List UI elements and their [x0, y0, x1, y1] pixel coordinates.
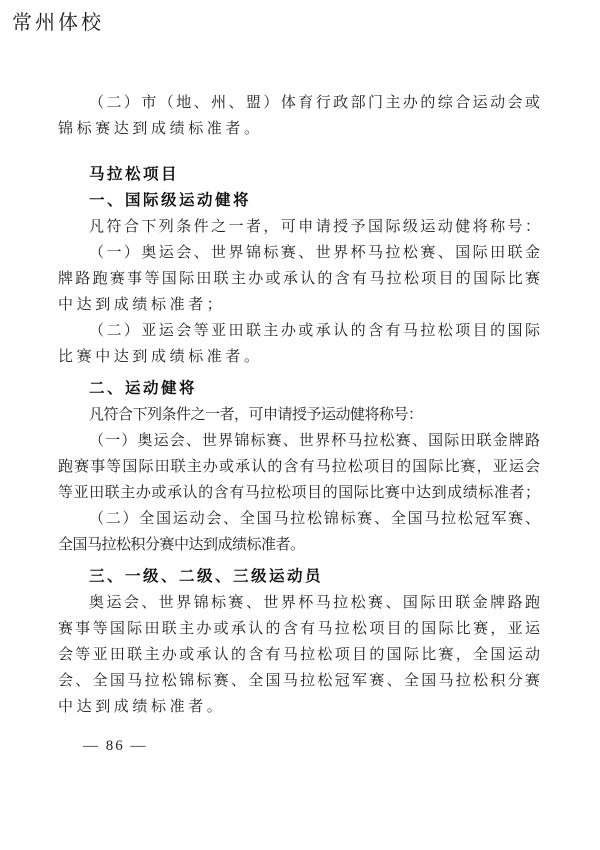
body-text-line: 跑赛事等国际田联主办或承认的含有马拉松项目的国际比赛，亚运会: [58, 454, 540, 480]
body-text-line: （二）全国运动会、全国马拉松锦标赛、全国马拉松冠军赛、: [58, 506, 540, 532]
body-text-line: 锦标赛达到成绩标准者。: [58, 116, 540, 142]
section-heading: 马拉松项目: [58, 162, 540, 188]
watermark-label: 常州体校: [12, 6, 104, 35]
body-text-line: （一）奥运会、世界锦标赛、世界杯马拉松赛、国际田联金: [58, 240, 540, 266]
body-text-line: 中达到成绩标准者。: [58, 694, 540, 720]
document-content: （二）市（地、州、盟）体育行政部门主办的综合运动会或 锦标赛达到成绩标准者。 马…: [58, 90, 540, 720]
body-text-line: 牌路跑赛事等国际田联主办或承认的含有马拉松项目的国际比赛: [58, 266, 540, 292]
body-text-line: 中达到成绩标准者；: [58, 292, 540, 318]
body-text-line: 全国马拉松积分赛中达到成绩标准者。: [58, 532, 540, 558]
page-number: — 86 —: [83, 738, 148, 755]
body-text-line: （二）亚运会等亚田联主办或承认的含有马拉松项目的国际: [58, 318, 540, 344]
body-text-line: 凡符合下列条件之一者，可申请授予运动健将称号：: [58, 402, 540, 428]
section-heading: 三、一级、二级、三级运动员: [58, 564, 540, 590]
section-heading: 二、运动健将: [58, 376, 540, 402]
body-text-line: （二）市（地、州、盟）体育行政部门主办的综合运动会或: [58, 90, 540, 116]
body-text-line: 比赛中达到成绩标准者。: [58, 344, 540, 370]
body-text-line: 会等亚田联主办或承认的含有马拉松项目的国际比赛，全国运动: [58, 642, 540, 668]
body-text-line: 赛事等国际田联主办或承认的含有马拉松项目的国际比赛，亚运: [58, 616, 540, 642]
body-text-line: 奥运会、世界锦标赛、世界杯马拉松赛、国际田联金牌路跑: [58, 590, 540, 616]
section-heading: 一、国际级运动健将: [58, 188, 540, 214]
body-text-line: （一）奥运会、世界锦标赛、世界杯马拉松赛、国际田联金牌路: [58, 428, 540, 454]
body-text-line: 凡符合下列条件之一者，可申请授予国际级运动健将称号：: [58, 214, 540, 240]
body-text-line: 等亚田联主办或承认的含有马拉松项目的国际比赛中达到成绩标准者；: [58, 480, 540, 506]
document-page: 常州体校 （二）市（地、州、盟）体育行政部门主办的综合运动会或 锦标赛达到成绩标…: [0, 0, 600, 850]
body-text-line: 会、全国马拉松锦标赛、全国马拉松冠军赛、全国马拉松积分赛: [58, 668, 540, 694]
